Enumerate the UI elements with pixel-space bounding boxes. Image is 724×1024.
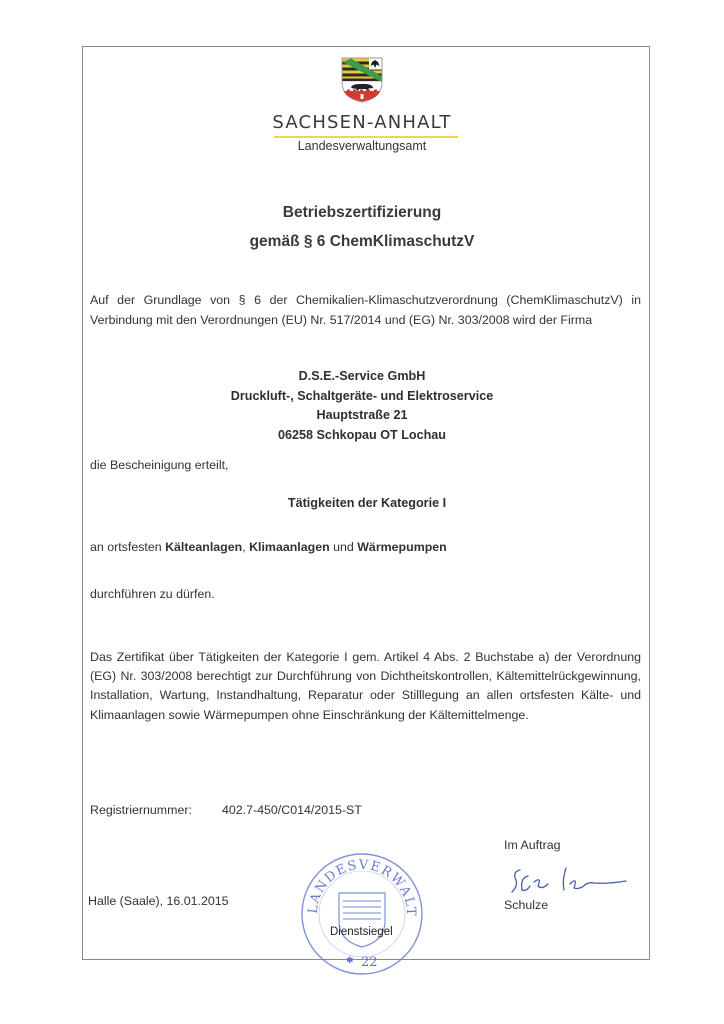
seal-number: 22 (361, 955, 378, 970)
intro-paragraph: Auf der Grundlage von § 6 der Chemikalie… (90, 290, 641, 330)
scope-line: an ortsfesten Kälteanlagen, Klimaanlagen… (90, 540, 447, 554)
on-behalf-label: Im Auftrag (504, 838, 560, 852)
scope-item-air-conditioning: Klimaanlagen (249, 540, 330, 554)
scope-prefix: an ortsfesten (90, 540, 165, 554)
agency-name: Landesverwaltungsamt (0, 139, 724, 153)
svg-text:✱: ✱ (346, 956, 354, 966)
document-title: Betriebszertifizierung (0, 204, 724, 222)
signature-icon (508, 862, 628, 898)
company-street: Hauptstraße 21 (0, 406, 724, 426)
scope-separator: und (330, 540, 358, 554)
scope-item-heat-pumps: Wärmepumpen (357, 540, 447, 554)
coat-of-arms-icon (339, 56, 385, 104)
company-description: Druckluft-, Schaltgeräte- und Elektroser… (0, 387, 724, 407)
granted-text: die Bescheinigung erteilt, (90, 458, 228, 472)
state-name: SACHSEN-ANHALT (0, 112, 724, 133)
company-city: 06258 Schkopau OT Lochau (0, 426, 724, 446)
header-logo (0, 56, 724, 104)
place-and-date: Halle (Saale), 16.01.2015 (88, 894, 229, 908)
registration-number: 402.7-450/C014/2015-ST (222, 803, 362, 817)
document-subtitle: gemäß § 6 ChemKlimaschutzV (0, 233, 724, 251)
certificate-paragraph: Das Zertifikat über Tätigkeiten der Kate… (90, 648, 641, 725)
company-block: D.S.E.-Service GmbH Druckluft-, Schaltge… (0, 367, 724, 445)
company-name: D.S.E.-Service GmbH (0, 367, 724, 387)
scope-item-refrigeration: Kälteanlagen (165, 540, 242, 554)
state-name-underline (274, 136, 458, 138)
official-seal-icon: LANDESVERWALTUNGSAMT ✱ 22 (299, 851, 425, 977)
category-heading: Tätigkeiten der Kategorie I (0, 496, 724, 510)
registration-label: Registriernummer: (90, 803, 192, 817)
seal-label: Dienstsiegel (330, 926, 393, 938)
signer-name: Schulze (504, 898, 548, 912)
permitted-text: durchführen zu dürfen. (90, 587, 215, 601)
